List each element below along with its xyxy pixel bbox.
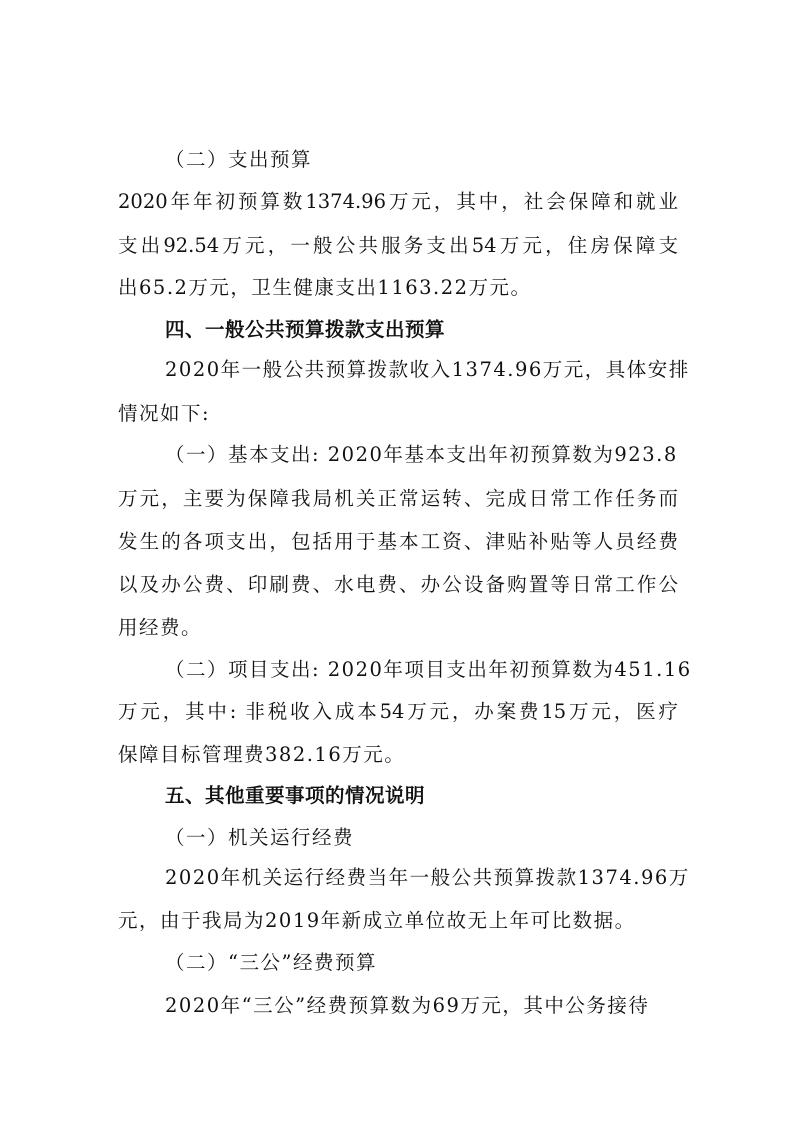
paragraph-line: 出65.2万元，卫生健康支出1163.22万元。	[118, 276, 532, 300]
paragraph-line: 支出92.54万元，一般公共服务支出54万元，住房保障支	[118, 234, 678, 258]
paragraph-line: （一）基本支出: 2020年基本支出年初预算数为923.8	[165, 443, 678, 467]
paragraph-line: 万元，主要为保障我局机关正常运转、完成日常工作任务而	[118, 487, 678, 511]
subsection-heading: （二）支出预算	[165, 148, 312, 172]
subsection-heading: （一）机关运行经费	[165, 826, 354, 850]
paragraph-line: 2020年一般公共预算拨款收入1374.96万元，具体安排	[165, 358, 690, 382]
paragraph-line: 2020年年初预算数1374.96万元，其中，社会保障和就业	[118, 190, 678, 214]
paragraph-line: （二）项目支出: 2020年项目支出年初预算数为451.16	[165, 658, 692, 682]
subsection-heading: （二）“三公”经费预算	[165, 951, 377, 975]
paragraph-line: 保障目标管理费382.16万元。	[118, 743, 405, 767]
paragraph-line: 元，由于我局为2019年新成立单位故无上年可比数据。	[118, 909, 636, 933]
paragraph-line: 以及办公费、印刷费、水电费、办公设备购置等日常工作公	[118, 573, 678, 597]
section-heading: 四、一般公共预算拨款支出预算	[165, 318, 445, 342]
paragraph-line: 情况如下:	[118, 402, 210, 426]
paragraph-line: 2020年机关运行经费当年一般公共预算拨款1374.96万	[165, 866, 690, 890]
paragraph-line: 万元，其中: 非税收入成本54万元，办案费15万元，医疗	[118, 700, 678, 724]
paragraph-line: 发生的各项支出，包括用于基本工资、津贴补贴等人员经费	[118, 530, 678, 554]
document-page: （二）支出预算2020年年初预算数1374.96万元，其中，社会保障和就业支出9…	[0, 0, 793, 1122]
paragraph-line: 2020年“三公”经费预算数为69万元，其中公务接待	[165, 994, 649, 1018]
section-heading: 五、其他重要事项的情况说明	[165, 784, 425, 808]
paragraph-line: 用经费。	[118, 616, 202, 640]
